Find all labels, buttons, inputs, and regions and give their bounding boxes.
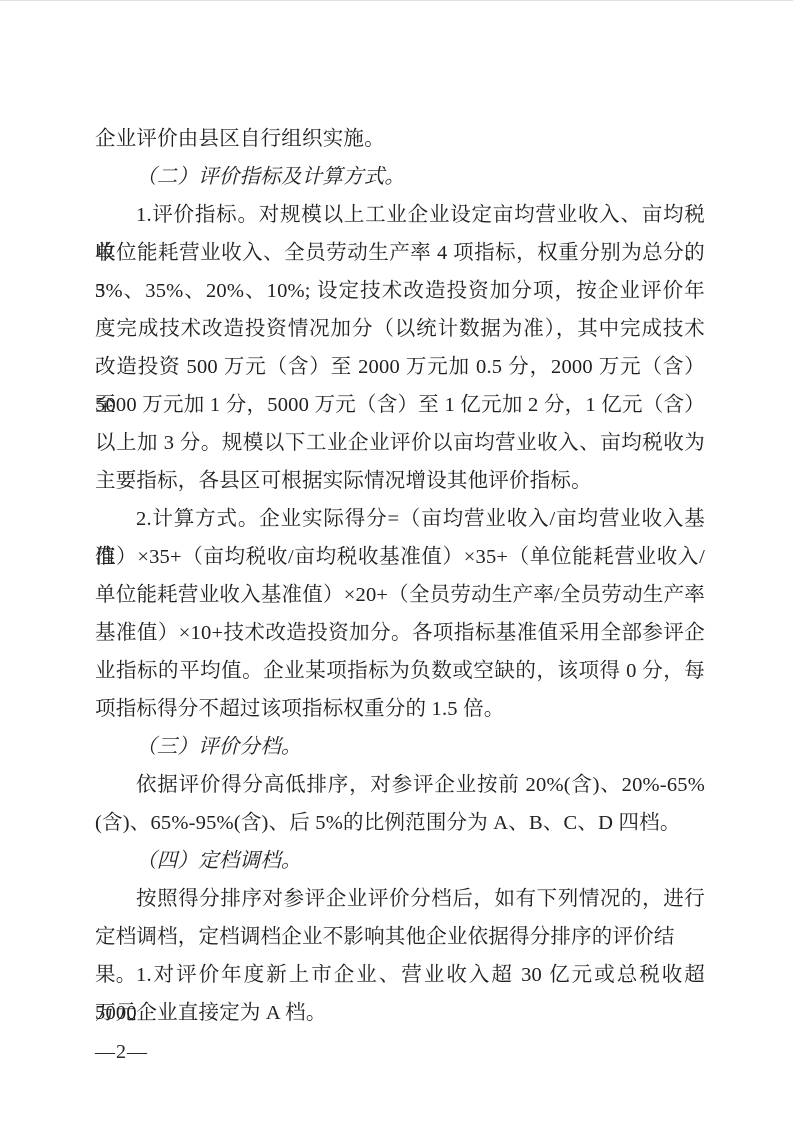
text-line: 5%、35%、20%、10%; 设定技术改造投资加分项，按企业评价年 — [95, 272, 705, 310]
section-heading-4: （四）定档调档。 — [95, 842, 705, 880]
section-heading-2: （二）评价指标及计算方式。 — [95, 158, 705, 196]
text-line: 依据评价得分高低排序，对参评企业按前 20%(含)、20%-65% — [95, 766, 705, 804]
text-line: 1.评价指标。对规模以上工业企业设定亩均营业收入、亩均税收、 — [95, 196, 705, 234]
text-line: 单位能耗营业收入基准值）×20+（全员劳动生产率/全员劳动生产率 — [95, 576, 705, 614]
text-line: 改造投资 500 万元（含）至 2000 万元加 0.5 分，2000 万元（含… — [95, 348, 705, 386]
text-line: (含)、65%-95%(含)、后 5%的比例范围分为 A、B、C、D 四档。 — [95, 804, 705, 842]
text-line: 项指标得分不超过该项指标权重分的 1.5 倍。 — [95, 690, 705, 728]
text-line: 万元企业直接定为 A 档。 — [95, 994, 705, 1032]
document-body: 企业评价由县区自行组织实施。 （二）评价指标及计算方式。 1.评价指标。对规模以… — [95, 120, 705, 1032]
section-heading-3: （三）评价分档。 — [95, 728, 705, 766]
text-line: 以上加 3 分。规模以下工业企业评价以亩均营业收入、亩均税收为 — [95, 424, 705, 462]
text-line: 2.计算方式。企业实际得分=（亩均营业收入/亩均营业收入基准 — [95, 500, 705, 538]
text-line: 按照得分排序对参评企业评价分档后，如有下列情况的，进行 — [95, 880, 705, 918]
text-line: 基准值）×10+技术改造投资加分。各项指标基准值采用全部参评企 — [95, 614, 705, 652]
text-line: 主要指标，各县区可根据实际情况增设其他评价指标。 — [95, 462, 705, 500]
text-line: 企业评价由县区自行组织实施。 — [95, 120, 705, 158]
document-page: 企业评价由县区自行组织实施。 （二）评价指标及计算方式。 1.评价指标。对规模以… — [0, 0, 793, 1122]
text-line: 5000 万元加 1 分，5000 万元（含）至 1 亿元加 2 分，1 亿元（… — [95, 386, 705, 424]
page-number: —2— — [95, 1033, 148, 1071]
text-line: 业指标的平均值。企业某项指标为负数或空缺的，该项得 0 分，每 — [95, 652, 705, 690]
text-line: 值）×35+（亩均税收/亩均税收基准值）×35+（单位能耗营业收入/ — [95, 538, 705, 576]
text-line: 1.对评价年度新上市企业、营业收入超 30 亿元或总税收超 5000 — [95, 956, 705, 994]
text-line: 单位能耗营业收入、全员劳动生产率 4 项指标，权重分别为总分的 3 — [95, 234, 705, 272]
text-line: 度完成技术改造投资情况加分（以统计数据为准），其中完成技术 — [95, 310, 705, 348]
text-line: 定档调档，定档调档企业不影响其他企业依据得分排序的评价结果。 — [95, 918, 705, 956]
